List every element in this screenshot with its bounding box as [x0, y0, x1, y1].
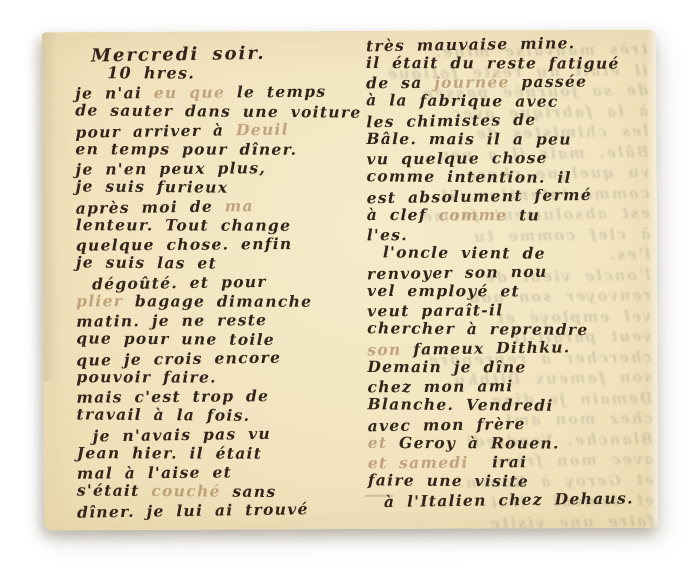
- handwritten-line: et Geroy à Rouen.: [368, 433, 634, 453]
- handwritten-line: il était du reste fatigué: [366, 53, 632, 73]
- handwritten-text: quelque chose. enfin: [76, 234, 293, 255]
- handwritten-line: renvoyer son nou: [367, 260, 633, 283]
- handwritten-line: pouvoir faire.: [76, 367, 362, 387]
- handwritten-text: très mauvaise mine.: [366, 33, 576, 55]
- handwritten-text: chercher à reprendre: [367, 318, 588, 339]
- handwritten-line: l'es.: [367, 223, 633, 244]
- handwritten-text: journée: [434, 72, 510, 92]
- letter-sheet: très mauvaise mine.il était du reste fat…: [42, 30, 658, 531]
- handwritten-text: fameux Dithku.: [413, 337, 571, 358]
- handwritten-line: pour arriver à Deuil: [75, 118, 362, 141]
- handwritten-text: Deuil: [236, 120, 289, 140]
- handwritten-text: renvoyer son nou: [367, 262, 548, 284]
- handwritten-text: passée: [510, 72, 588, 92]
- handwritten-text: et: [368, 433, 399, 452]
- handwritten-line: 10 hres.: [75, 63, 361, 83]
- handwritten-text: dégoûté. et pour: [92, 272, 267, 294]
- handwritten-line: avec mon frère: [368, 412, 634, 435]
- handwritten-line: vel employé et: [367, 281, 633, 301]
- handwritten-text: que pour une toile: [76, 328, 275, 349]
- handwritten-text: je suis las et: [76, 252, 217, 272]
- handwritten-text: s'était: [77, 480, 152, 500]
- handwritten-text: il était du reste fatigué: [366, 53, 620, 73]
- handwritten-text: eu que: [154, 83, 225, 103]
- handwritten-text: ma: [225, 196, 254, 215]
- handwritten-text: vu quelque chose: [366, 148, 547, 168]
- handwritten-line: que je crois encore: [76, 346, 363, 369]
- handwritten-line: matin. je ne reste: [76, 309, 362, 330]
- bleedthrough-line: faire une visite: [332, 511, 654, 536]
- handwritten-line: je n'en peux plus,: [75, 157, 361, 178]
- handwritten-line: après moi de ma: [76, 194, 363, 217]
- handwritten-line: très mauvaise mine.: [366, 32, 632, 55]
- handwritten-line: mal à l'aise et: [77, 461, 363, 482]
- handwritten-text: pouvoir faire.: [76, 367, 217, 386]
- handwritten-text: je n'en peux plus,: [75, 158, 266, 178]
- handwritten-line: Demain je dîne: [367, 357, 633, 377]
- handwritten-line: chez mon ami: [367, 375, 633, 396]
- handwritten-text: Geroy à Rouen.: [399, 433, 560, 452]
- handwritten-line: veut paraît-il: [367, 299, 633, 320]
- handwritten-line: plier bagage dimanche: [76, 291, 362, 311]
- handwritten-text: en temps pour dîner.: [75, 139, 297, 159]
- handwritten-line: mais c'est trop de: [76, 385, 362, 406]
- handwritten-text: lenteur. Tout change: [76, 215, 292, 235]
- handwritten-line: de sa journée passée: [366, 71, 632, 92]
- handwritten-text: comme: [438, 205, 507, 224]
- handwritten-line: est absolument fermé: [367, 184, 633, 207]
- handwritten-line: je n'avais pas vu: [77, 422, 364, 445]
- handwritten-text: vel employé et: [367, 281, 520, 300]
- handwritten-text: Bâle. mais il a peu: [366, 129, 571, 149]
- handwritten-text: et samedi: [368, 453, 469, 473]
- handwritten-text: le temps: [225, 82, 326, 102]
- handwritten-text: irai: [469, 452, 528, 471]
- handwritten-text: sans: [221, 482, 277, 501]
- handwritten-text: comme intention. il: [366, 166, 571, 187]
- handwritten-text: chez mon ami: [367, 376, 513, 396]
- handwritten-text: est absolument fermé: [367, 185, 593, 207]
- handwritten-text: tu: [507, 205, 540, 224]
- handwritten-text: Jean hier. il était: [77, 443, 263, 462]
- letter-page-right: très mauvaise mine.il était du reste fat…: [366, 34, 634, 510]
- handwritten-text: je n'avais pas vu: [93, 424, 272, 446]
- handwritten-line: vu quelque chose: [366, 147, 632, 168]
- handwritten-text: matin. je ne reste: [76, 310, 267, 331]
- handwritten-text: veut paraît-il: [367, 300, 503, 320]
- handwritten-text: faire une visite: [368, 470, 529, 490]
- handwritten-text: plier: [76, 291, 123, 310]
- handwritten-text: travail à la fois.: [77, 404, 251, 424]
- handwritten-text: Blanche. Vendredi: [367, 394, 553, 414]
- handwritten-line: quelque chose. enfin: [76, 233, 362, 254]
- handwritten-text: bagage dimanche: [123, 291, 312, 310]
- handwritten-line: je n'ai eu que le temps: [75, 81, 361, 102]
- handwritten-line: Jean hier. il était: [77, 443, 363, 463]
- scan-background: très mauvaise mine.il était du reste fat…: [0, 0, 700, 567]
- handwritten-line: dîner. je lui ai trouvé: [77, 498, 364, 521]
- bleedthrough-line: à l'Italien chez Dehaus.: [333, 532, 655, 537]
- handwritten-text: mais c'est trop de: [76, 386, 269, 407]
- handwritten-text: l'oncle vient de: [383, 242, 546, 262]
- handwritten-line: à l'Italien chez Dehaus.: [368, 488, 634, 511]
- handwritten-line: à clef comme tu: [367, 205, 633, 225]
- handwritten-line: et samedi irai: [368, 451, 634, 472]
- handwritten-line: Mercredi soir.: [75, 42, 362, 65]
- handwritten-text: 10 hres.: [107, 63, 195, 82]
- handwritten-text: à l'Italien chez Dehaus.: [384, 488, 634, 511]
- handwritten-text: à la fabrique avec: [366, 90, 559, 111]
- letter-page-left: Mercredi soir.10 hres.je n'ai eu que le …: [75, 44, 363, 520]
- paper-crease: [365, 495, 393, 497]
- handwritten-text: je suis furieux: [76, 176, 229, 196]
- handwritten-text: à clef: [367, 205, 439, 224]
- handwritten-text: couché: [151, 481, 221, 501]
- handwritten-line: Bâle. mais il a peu: [366, 129, 632, 149]
- handwritten-text: Demain je dîne: [367, 357, 526, 376]
- handwritten-line: les chimistes de: [366, 108, 632, 131]
- handwritten-line: lenteur. Tout change: [76, 215, 362, 235]
- handwritten-line: en temps pour dîner.: [75, 139, 361, 159]
- handwritten-line: dégoûté. et pour: [76, 270, 363, 293]
- handwritten-line: son fameux Dithku.: [367, 336, 633, 359]
- handwritten-text: dîner. je lui ai trouvé: [77, 499, 309, 521]
